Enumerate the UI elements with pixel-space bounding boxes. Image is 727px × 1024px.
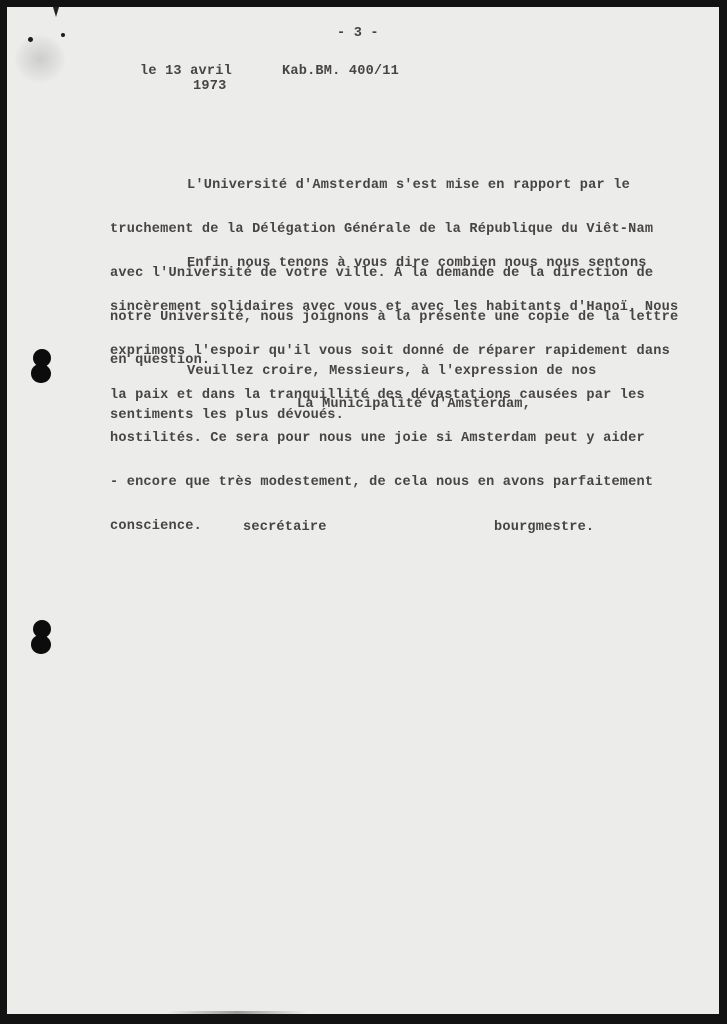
smudge-mark (15, 35, 65, 83)
speck-mark (28, 37, 33, 42)
paper-edge-shadow (167, 1011, 307, 1014)
date-day: le 13 avril (140, 65, 232, 80)
paragraph-line: sincèrement solidaires avec vous et avec… (110, 301, 678, 316)
punch-hole-lower (31, 620, 53, 660)
signature-secretary: secrétaire (243, 521, 327, 536)
paragraph-line: Enfin nous tenons à vous dire combien no… (110, 257, 678, 272)
reference-number: Kab.BM. 400/11 (282, 65, 399, 80)
punch-hole-upper (31, 349, 53, 389)
speck-mark (61, 33, 65, 37)
signature-mayor: bourgmestre. (494, 521, 594, 536)
closing-line: La Municipalité d'Amsterdam, (297, 398, 531, 413)
paragraph-line: - encore que très modestement, de cela n… (110, 476, 678, 491)
paragraph-line: L'Université d'Amsterdam s'est mise en r… (110, 179, 678, 194)
page-number: - 3 - (337, 27, 379, 42)
paragraph-3: Veuillez croire, Messieurs, à l'expressi… (110, 336, 597, 453)
paragraph-line: Veuillez croire, Messieurs, à l'expressi… (110, 365, 597, 380)
document-page: - 3 - le 13 avril 1973 Kab.BM. 400/11 L'… (7, 7, 719, 1014)
date-year: 1973 (193, 80, 226, 95)
tear-mark (53, 7, 59, 17)
